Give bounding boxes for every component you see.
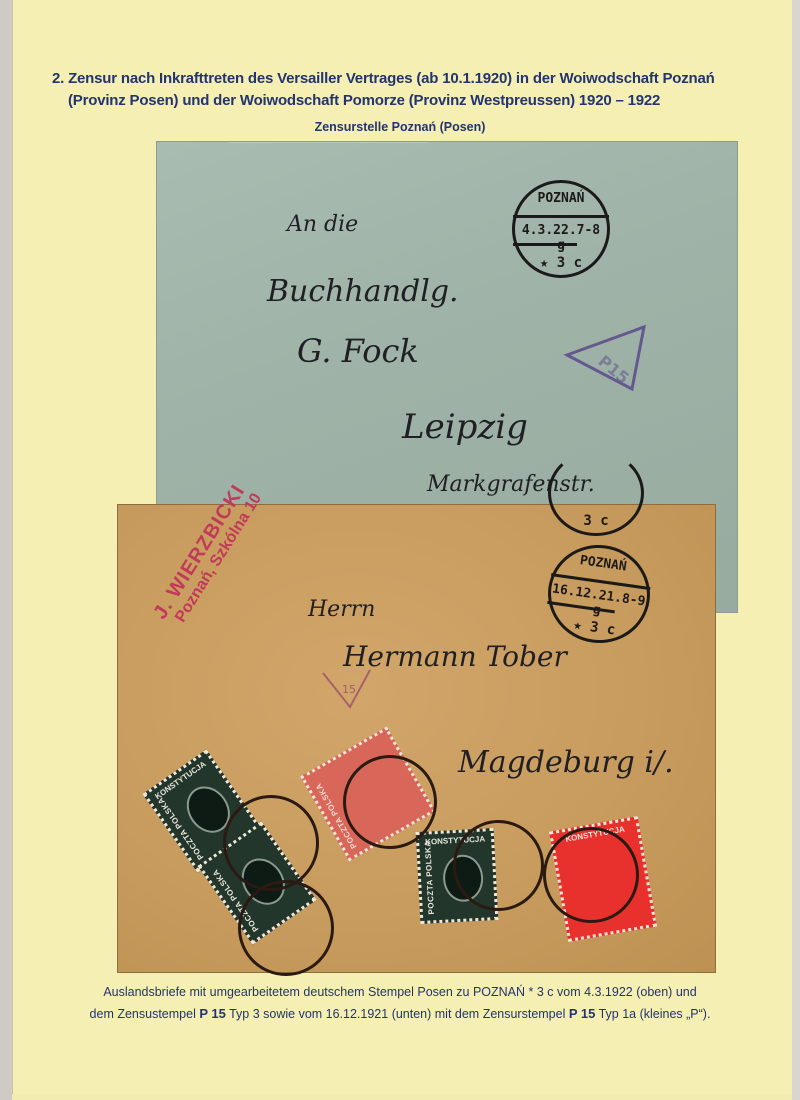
section-subheading: Zensurstelle Poznań (Posen) <box>0 120 800 134</box>
postmark-poznan-top: POZNAŃ 4.3.22.7-8 g ★ 3 c <box>512 180 610 278</box>
caption-line-2: dem Zensustempel P 15 Typ 3 sowie vom 16… <box>0 1003 800 1025</box>
page-edge-left <box>0 0 12 1100</box>
postmark-date: 4.3.22.7-8 g <box>515 223 607 253</box>
page-heading: 2. Zensur nach Inkrafttreten des Versail… <box>52 68 772 112</box>
postmark-on-stamps-5 <box>543 827 639 923</box>
censor-triangle-p15: P15 <box>562 317 652 397</box>
address-line-3: Magdeburg i/. <box>458 745 674 780</box>
address-line-2: Buchhandlg. <box>267 274 459 309</box>
postmark-town: POZNAŃ <box>515 191 607 206</box>
address-line-4: Leipzig <box>402 407 528 447</box>
postmark-on-stamps-4 <box>453 820 544 911</box>
caption: Auslandsbriefe mit umgearbeitetem deutsc… <box>0 982 800 1025</box>
postmark-poznan-bottom-top: 3 c <box>548 450 644 536</box>
page-edge-right <box>792 0 800 1100</box>
postmark-poznan-bottom: POZNAŃ 16.12.21.8-9 g ★ 3 c <box>542 538 657 649</box>
heading-line-1: 2. Zensur nach Inkrafttreten des Versail… <box>52 70 715 87</box>
address-line-1: An die <box>287 212 358 237</box>
postmark-on-stamps-3 <box>343 755 437 849</box>
postmark-on-stamps-1 <box>223 795 319 891</box>
heading-line-2: (Provinz Posen) und der Woiwodschaft Pom… <box>52 90 772 112</box>
postmark-on-stamps-2 <box>238 880 334 976</box>
postmark-office: ★ 3 c <box>515 255 607 271</box>
svg-text:P15: P15 <box>595 351 633 387</box>
svg-text:15: 15 <box>342 683 356 696</box>
caption-line-1: Auslandsbriefe mit umgearbeitetem deutsc… <box>0 982 800 1003</box>
address-line-1: Herrn <box>308 597 375 622</box>
address-line-3: G. Fock <box>297 332 419 370</box>
postmark-town: POZNAŃ <box>555 550 652 578</box>
censor-triangle-15: 15 <box>318 665 378 715</box>
